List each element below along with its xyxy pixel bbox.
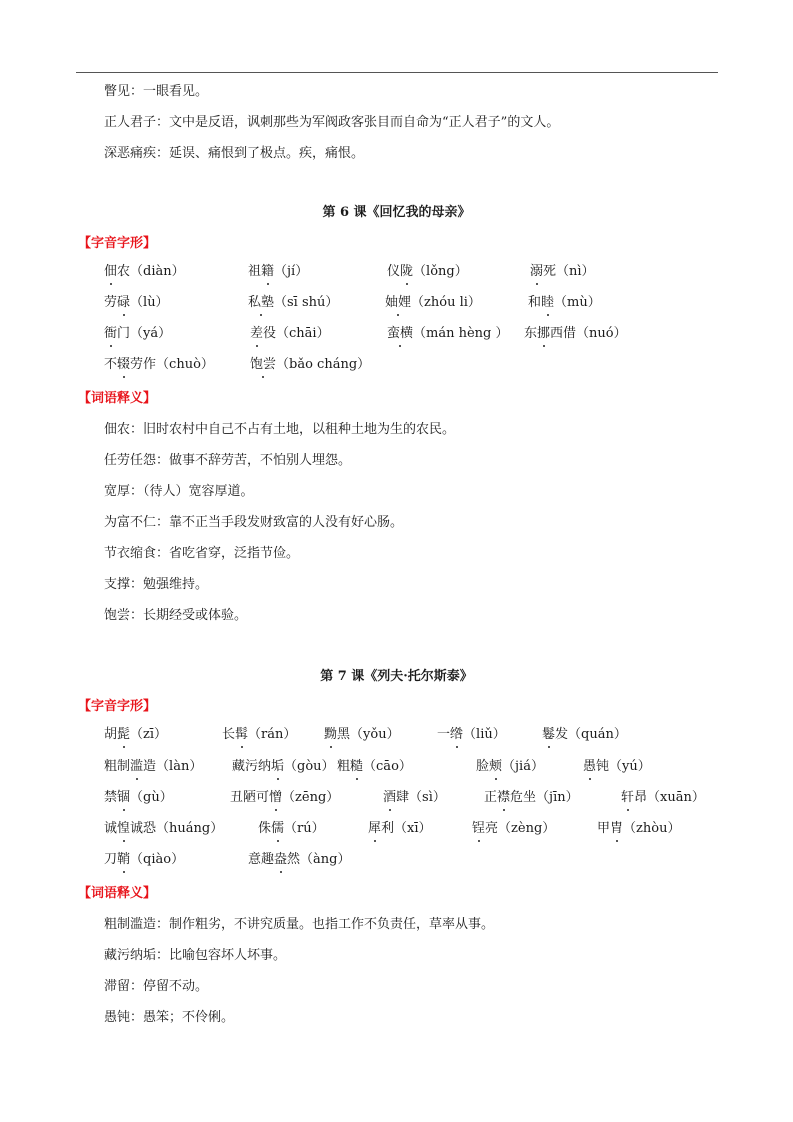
pinyin: （xuān） <box>647 790 705 805</box>
dotted-character: 衙 <box>104 326 117 342</box>
pronunciation-item: 祖籍（jí） <box>248 264 308 280</box>
separator: ： <box>130 422 143 437</box>
dotted-character: 碌 <box>117 295 130 311</box>
pronunciation-item: 酒肆（sì） <box>383 790 446 806</box>
dotted-character: 鬈 <box>542 727 555 743</box>
word-part: 脸 <box>476 759 489 774</box>
word-part: 和 <box>528 295 541 310</box>
definition-item: 瞥见：一眼看见。 <box>104 84 208 100</box>
pinyin: （qiào） <box>130 852 184 867</box>
word-part: 丑陋可 <box>230 790 269 805</box>
dotted-character: 佃 <box>104 264 117 280</box>
definition-item: 深恶痛疾：延误、痛恨到了极点。疾，痛恨。 <box>104 146 364 162</box>
pronunciation-item: 妯娌（zhóu li） <box>385 295 481 311</box>
word-part: 劳作 <box>130 357 156 372</box>
pronunciation-item: 溺死（nì） <box>530 264 595 280</box>
pronunciation-item: 锃亮（zèng） <box>472 821 555 837</box>
definition-text: 比喻包容坏人坏事。 <box>169 948 286 963</box>
definition-text: 勉强维持。 <box>143 577 208 592</box>
definition-text: 愚笨；不伶俐。 <box>143 1010 234 1025</box>
pinyin: （quán） <box>568 727 627 742</box>
dotted-character: 襟 <box>497 790 510 806</box>
pinyin: （zhóu li） <box>411 295 481 310</box>
dotted-character: 蛮横 <box>387 326 413 342</box>
pinyin: （nuó） <box>576 326 627 341</box>
definition-text: （待人）宽容厚道。 <box>143 484 254 499</box>
dotted-character: 髯 <box>235 727 248 743</box>
dotted-character: 垢 <box>271 759 284 775</box>
definition-item: 宽厚：（待人）宽容厚道。 <box>104 484 254 500</box>
word-part: 一 <box>437 727 450 742</box>
pinyin: （àng） <box>300 852 350 867</box>
pinyin: （yǒu） <box>350 727 400 742</box>
definition-text: 停留不动。 <box>143 979 208 994</box>
dotted-character: 私塾 <box>248 295 274 311</box>
word-part: 胡 <box>104 727 117 742</box>
term: 滞留 <box>104 979 130 994</box>
word-part: 役 <box>263 326 276 341</box>
dotted-character: 陇 <box>400 264 413 280</box>
word-part: 黑 <box>337 727 350 742</box>
term: 饱尝 <box>104 608 130 623</box>
dotted-character: 绺 <box>450 727 463 743</box>
dotted-character: 挪 <box>537 326 550 342</box>
dotted-character: 酒 <box>383 790 396 806</box>
dotted-character: 轩 <box>621 790 634 806</box>
pinyin: （jiá） <box>502 759 544 774</box>
pronunciation-item: 粗糙（cāo） <box>337 759 412 775</box>
word-part: 刀 <box>104 852 117 867</box>
pinyin: （yú） <box>609 759 651 774</box>
pronunciation-item: 愚钝（yú） <box>583 759 651 775</box>
dotted-character: 黝 <box>324 727 337 743</box>
pronunciation-item: 佃农（diàn） <box>104 264 185 280</box>
dotted-character: 籍 <box>261 264 274 280</box>
pinyin: （gù） <box>130 790 173 805</box>
word-part: 门 <box>117 326 130 341</box>
word-part: 危坐 <box>510 790 536 805</box>
dotted-character: 惶 <box>117 821 130 837</box>
pronunciation-item: 衙门（yá） <box>104 326 171 342</box>
pronunciation-item: 侏儒（rú） <box>258 821 325 837</box>
definition-item: 愚钝：愚笨；不伶俐。 <box>104 1010 234 1026</box>
pronunciation-item: 正襟危坐（jīn） <box>484 790 579 806</box>
term: 任劳任怨 <box>104 453 156 468</box>
section-label-definitions: 【词语释义】 <box>78 391 156 407</box>
pronunciation-item: 差役（chāi） <box>250 326 330 342</box>
word-part: 正 <box>484 790 497 805</box>
dotted-character: 盎 <box>274 852 287 868</box>
pronunciation-item: 劳碌（lù） <box>104 295 169 311</box>
dotted-character: 愚 <box>583 759 596 775</box>
word-part: 藏污纳 <box>232 759 271 774</box>
section-label-pronunciation: 【字音字形】 <box>78 699 156 715</box>
header-rule <box>76 72 718 73</box>
pinyin: （lǒng） <box>413 264 468 279</box>
word-part: 钝 <box>596 759 609 774</box>
word-part: 长 <box>222 727 235 742</box>
term: 节衣缩食 <box>104 546 156 561</box>
definition-item: 任劳任怨：做事不辞劳苦，不怕别人埋怨。 <box>104 453 351 469</box>
pinyin: （nì） <box>556 264 595 279</box>
dotted-character: 髭 <box>117 727 130 743</box>
dotted-character: 锢 <box>117 790 130 806</box>
definition-text: 长期经受或体验。 <box>143 608 247 623</box>
separator: ： <box>156 917 169 932</box>
separator: ： <box>130 608 143 623</box>
definition-text: 靠不正当手段发财致富的人没有好心肠。 <box>169 515 403 530</box>
pronunciation-item: 禁锢（gù） <box>104 790 173 806</box>
pronunciation-item: 刀鞘（qiào） <box>104 852 184 868</box>
word-part: 造 <box>143 759 156 774</box>
section-label-definitions: 【词语释义】 <box>78 886 156 902</box>
pronunciation-item: 私塾（sī shú） <box>248 295 338 311</box>
pronunciation-item: 长髯（rán） <box>222 727 296 743</box>
pinyin: （làn） <box>156 759 202 774</box>
pinyin: （zhòu） <box>623 821 680 836</box>
definition-text: 制作粗劣，不讲究质量。也指工作不负责任，草率从事。 <box>169 917 494 932</box>
word-part: 东 <box>524 326 537 341</box>
dotted-character: 颊 <box>489 759 502 775</box>
lesson-title: 第 7 课《列夫·托尔斯泰》 <box>0 669 793 685</box>
pinyin: （huáng） <box>156 821 223 836</box>
term: 支撑 <box>104 577 130 592</box>
pinyin: （xī） <box>394 821 432 836</box>
word-part: 劳 <box>104 295 117 310</box>
pinyin: （zèng） <box>498 821 555 836</box>
word-part: 粗制 <box>104 759 130 774</box>
pinyin: （yá） <box>130 326 171 341</box>
word-part: 然 <box>287 852 300 867</box>
separator: ： <box>156 546 169 561</box>
separator: ： <box>156 453 169 468</box>
separator: ： <box>130 577 143 592</box>
definition-text: 旧时农村中自己不占有土地，以租种土地为生的农民。 <box>143 422 455 437</box>
word-part: 甲 <box>597 821 610 836</box>
word-part: 肆 <box>396 790 409 805</box>
dotted-character: 锃 <box>472 821 485 837</box>
dotted-character: 溺 <box>530 264 543 280</box>
dotted-character: 饱尝 <box>250 357 276 373</box>
word-part: 不 <box>104 357 117 372</box>
word-part: 昂 <box>634 790 647 805</box>
pinyin: （liǔ） <box>463 727 506 742</box>
pronunciation-item: 东挪西借（nuó） <box>524 326 627 342</box>
pinyin: （zēng） <box>282 790 339 805</box>
word-part: 发 <box>555 727 568 742</box>
pinyin: （sì） <box>409 790 446 805</box>
word-part: 禁 <box>104 790 117 805</box>
separator: ： <box>156 948 169 963</box>
pronunciation-item: 蛮横（mán hèng ） <box>387 326 509 342</box>
term: 为富不仁 <box>104 515 156 530</box>
definition-item: 佃农：旧时农村中自己不占有土地，以租种土地为生的农民。 <box>104 422 455 438</box>
pronunciation-item: 藏污纳垢（gòu） <box>232 759 335 775</box>
definition-item: 支撑：勉强维持。 <box>104 577 208 593</box>
definition-item: 为富不仁：靠不正当手段发财致富的人没有好心肠。 <box>104 515 403 531</box>
word-part: 死 <box>543 264 556 279</box>
pronunciation-item: 轩昂（xuān） <box>621 790 705 806</box>
dotted-character: 胄 <box>610 821 623 837</box>
word-part: 农 <box>117 264 130 279</box>
word-part: 粗 <box>337 759 350 774</box>
pronunciation-item: 甲胄（zhòu） <box>597 821 680 837</box>
dotted-character: 辍 <box>117 357 130 373</box>
separator: ： <box>130 979 143 994</box>
pronunciation-item: 黝黑（yǒu） <box>324 727 400 743</box>
word-part: 诚 <box>104 821 117 836</box>
definition-item: 粗制滥造：制作粗劣，不讲究质量。也指工作不负责任，草率从事。 <box>104 917 494 933</box>
dotted-character: 憎 <box>269 790 282 806</box>
pronunciation-item: 饱尝（bǎo cháng） <box>250 357 370 373</box>
term: 佃农 <box>104 422 130 437</box>
dotted-character: 鞘 <box>117 852 130 868</box>
definition-item: 滞留：停留不动。 <box>104 979 208 995</box>
separator: ： <box>130 484 143 499</box>
pinyin: （mù） <box>554 295 601 310</box>
pronunciation-item: 和睦（mù） <box>528 295 601 311</box>
dotted-character: 妯娌 <box>385 295 411 311</box>
pinyin: （chuò） <box>156 357 214 372</box>
pronunciation-item: 意趣盎然（àng） <box>248 852 351 868</box>
definition-item: 正人君子：文中是反语，讽刺那些为军阀政客张目而自命为“正人君子”的文人。 <box>104 115 559 131</box>
pinyin: （rú） <box>284 821 325 836</box>
pinyin: （bǎo cháng） <box>276 357 370 372</box>
word-part: 仪 <box>387 264 400 279</box>
separator: ： <box>130 1010 143 1025</box>
pronunciation-item: 丑陋可憎（zēng） <box>230 790 339 806</box>
term: 愚钝 <box>104 1010 130 1025</box>
definition-text: 做事不辞劳苦，不怕别人埋怨。 <box>169 453 351 468</box>
pronunciation-item: 脸颊（jiá） <box>476 759 544 775</box>
word-part: 祖 <box>248 264 261 279</box>
section-label-pronunciation: 【字音字形】 <box>78 236 156 252</box>
pinyin: （mán hèng ） <box>413 326 508 341</box>
pinyin: （rán） <box>248 727 296 742</box>
pronunciation-item: 鬈发（quán） <box>542 727 627 743</box>
definition-item: 节衣缩食：省吃省穿，泛指节俭。 <box>104 546 299 562</box>
definition-text: 省吃省穿，泛指节俭。 <box>169 546 299 561</box>
pinyin: （jí） <box>274 264 308 279</box>
dotted-character: 糙 <box>350 759 363 775</box>
word-part: 利 <box>381 821 394 836</box>
pinyin: （sī shú） <box>274 295 338 310</box>
pronunciation-item: 诚惶诚恐（huáng） <box>104 821 223 837</box>
pronunciation-item: 粗制滥造（làn） <box>104 759 202 775</box>
word-part: 侏 <box>258 821 271 836</box>
dotted-character: 差 <box>250 326 263 342</box>
dotted-character: 儒 <box>271 821 284 837</box>
pinyin: （jīn） <box>536 790 579 805</box>
term: 宽厚 <box>104 484 130 499</box>
term: 藏污纳垢 <box>104 948 156 963</box>
word-part: 西借 <box>550 326 576 341</box>
pinyin: （gòu） <box>284 759 335 774</box>
pinyin: （chāi） <box>276 326 330 341</box>
definition-item: 藏污纳垢：比喻包容坏人坏事。 <box>104 948 286 964</box>
term: 粗制滥造 <box>104 917 156 932</box>
pinyin: （zī） <box>130 727 167 742</box>
word-part: 亮 <box>485 821 498 836</box>
pinyin: （diàn） <box>130 264 185 279</box>
separator: ： <box>156 515 169 530</box>
pronunciation-item: 犀利（xī） <box>368 821 432 837</box>
pronunciation-item: 仪陇（lǒng） <box>387 264 468 280</box>
pronunciation-item: 一绺（liǔ） <box>437 727 506 743</box>
pronunciation-item: 不辍劳作（chuò） <box>104 357 214 373</box>
dotted-character: 犀 <box>368 821 381 837</box>
dotted-character: 睦 <box>541 295 554 311</box>
dotted-character: 滥 <box>130 759 143 775</box>
pinyin: （lù） <box>130 295 169 310</box>
definition-item: 饱尝：长期经受或体验。 <box>104 608 247 624</box>
word-part: 意趣 <box>248 852 274 867</box>
pronunciation-item: 胡髭（zī） <box>104 727 167 743</box>
pinyin: （cāo） <box>363 759 412 774</box>
word-part: 诚恐 <box>130 821 156 836</box>
lesson-title: 第 6 课《回忆我的母亲》 <box>0 205 793 221</box>
